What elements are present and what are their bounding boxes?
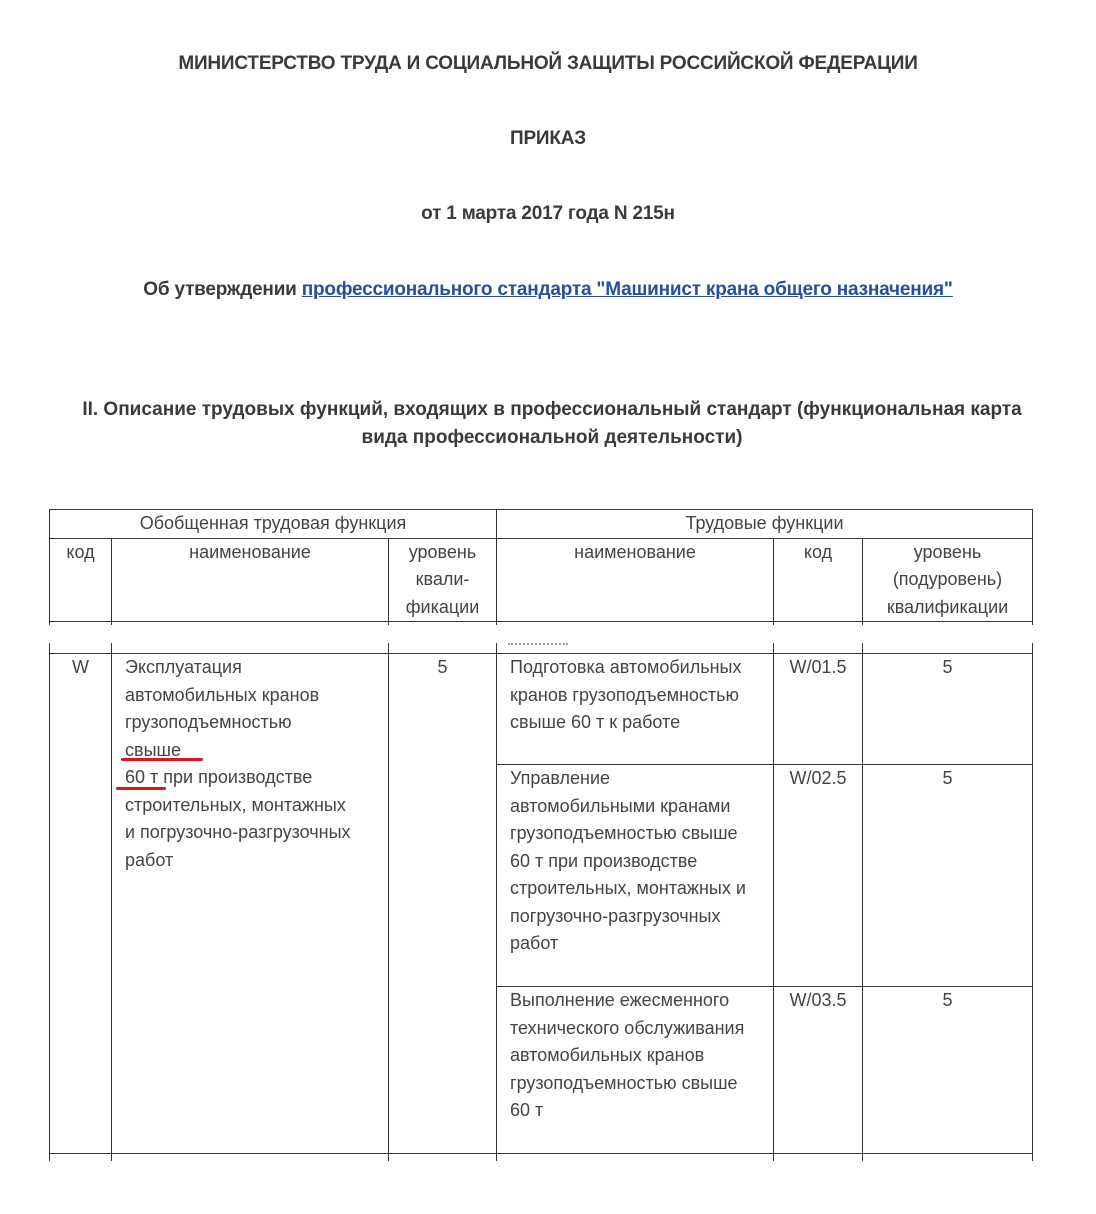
tf-level: 5 (863, 987, 1033, 1154)
doc-type-heading: ПРИКАЗ (0, 128, 1096, 150)
subject-prefix: Об утверждении (143, 279, 301, 300)
subject-heading: Об утверждении профессионального стандар… (0, 279, 1096, 301)
col-header-tf-level: уровень(подуровень)квалификации (863, 538, 1033, 622)
col-header-name: наименование (112, 538, 389, 622)
gtf-level: 5 (389, 654, 497, 1154)
tf-code: W/02.5 (774, 765, 863, 987)
section-title-line-2: вида профессиональной деятельности) (52, 424, 1052, 452)
tf-code: W/03.5 (774, 987, 863, 1154)
red-underline-annotation (116, 787, 166, 790)
group-header-generalized: Обобщенная трудовая функция (50, 510, 497, 539)
section-title: II. Описание трудовых функций, входящих … (52, 396, 1052, 452)
tf-code: W/01.5 (774, 654, 863, 765)
red-underline-annotation (121, 758, 203, 761)
tf-name: Подготовка автомобильных кранов грузопод… (497, 654, 774, 765)
table-row: W Эксплуатация автомобильных кранов груз… (50, 654, 1033, 765)
section-title-line-1: II. Описание трудовых функций, входящих … (52, 396, 1052, 424)
gtf-name: Эксплуатация автомобильных кранов грузоп… (112, 654, 389, 1154)
col-header-tf-name: наименование (497, 538, 774, 622)
date-heading: от 1 марта 2017 года N 215н (0, 203, 1096, 225)
col-header-code: код (50, 538, 112, 622)
gtf-code: W (50, 654, 112, 1154)
ministry-heading: МИНИСТЕРСТВО ТРУДА И СОЦИАЛЬНОЙ ЗАЩИТЫ Р… (0, 53, 1096, 75)
functions-table-header: Обобщенная трудовая функция Трудовые фун… (49, 509, 1033, 622)
col-header-tf-code: код (774, 538, 863, 622)
tf-name: Управление автомобильными кранами грузоп… (497, 765, 774, 987)
tf-level: 5 (863, 765, 1033, 987)
torn-text-fragment (508, 643, 568, 647)
tf-level: 5 (863, 654, 1033, 765)
col-header-level: уровеньквали-фикации (389, 538, 497, 622)
functions-table-body: W Эксплуатация автомобильных кранов груз… (49, 653, 1033, 1154)
standard-link[interactable]: профессионального стандарта "Машинист кр… (302, 279, 953, 300)
group-header-labor-functions: Трудовые функции (497, 510, 1033, 539)
tf-name: Выполнение ежесменного технического обсл… (497, 987, 774, 1154)
